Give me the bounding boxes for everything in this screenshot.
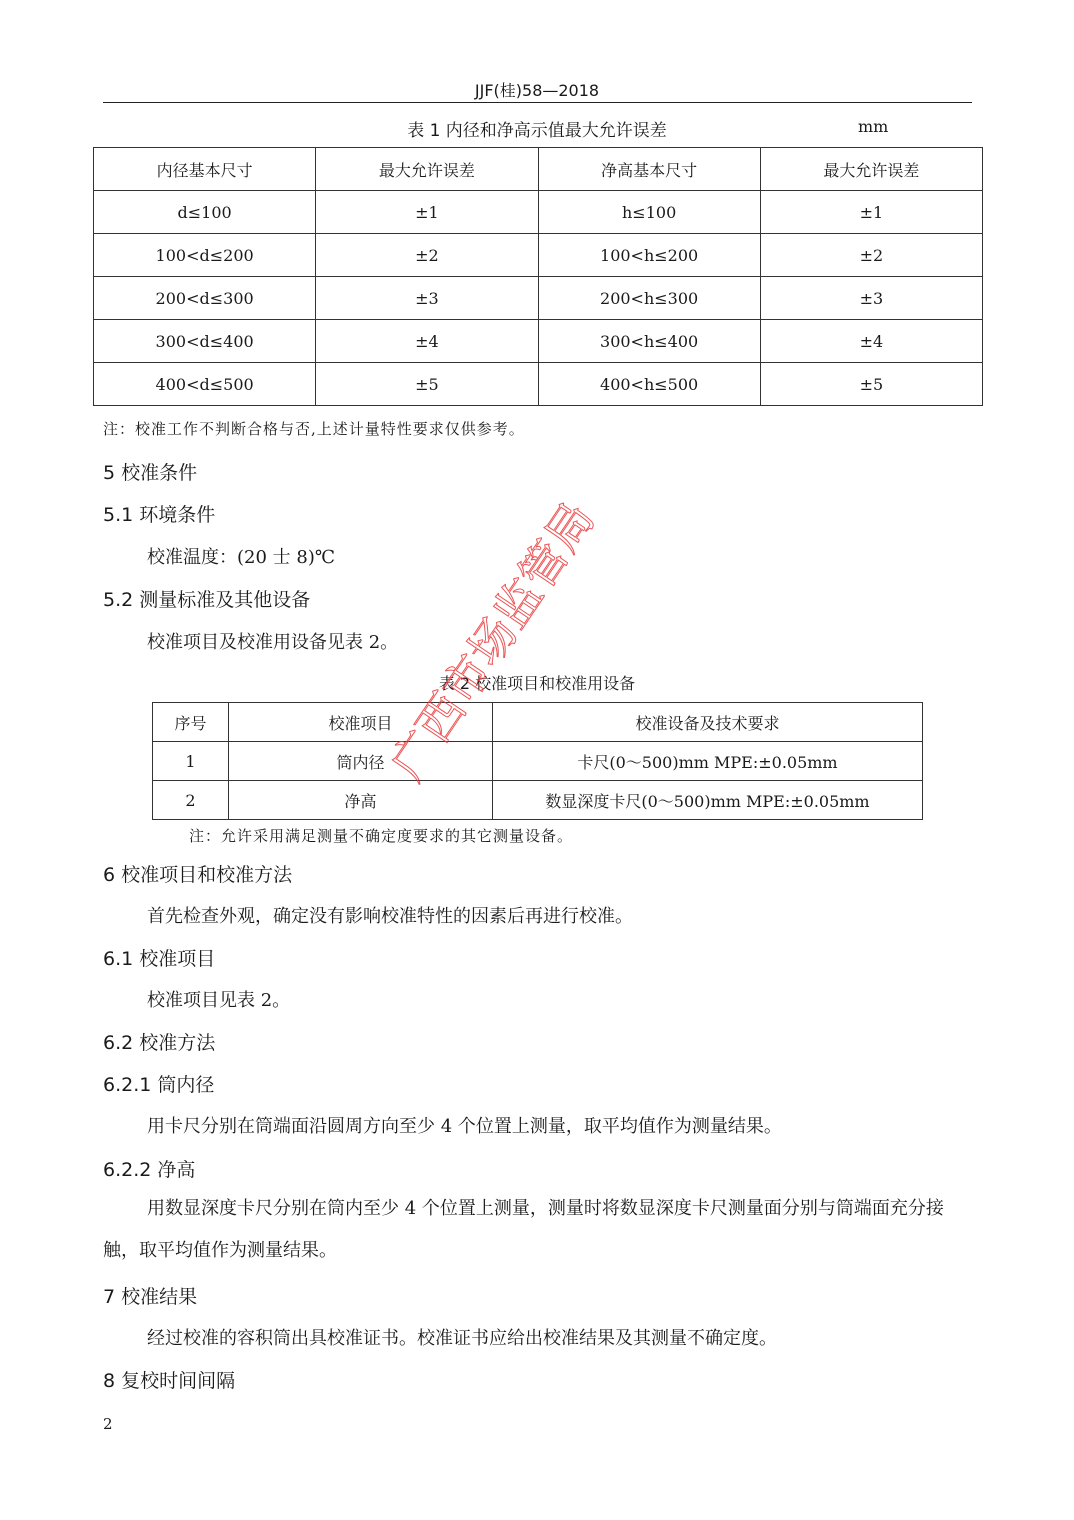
table-cell: ±2 [316, 234, 538, 277]
section-5-2-text: 校准项目及校准用设备见表 2。 [147, 628, 398, 654]
table1-caption: 表 1 内径和净高示值最大允许误差 [0, 116, 1074, 141]
table-cell: 数显深度卡尺(0～500)mm MPE:±0.05mm [493, 781, 923, 820]
table-cell: 100<h≤200 [538, 234, 760, 277]
table2-note: 注：允许采用满足测量不确定度要求的其它测量设备。 [189, 825, 573, 846]
section-6-2-2-heading: 6.2.2 净高 [103, 1155, 195, 1182]
table-row: 1 筒内径 卡尺(0～500)mm MPE:±0.05mm [153, 742, 923, 781]
section-6-2-1-text: 用卡尺分别在筒端面沿圆周方向至少 4 个位置上测量，取平均值作为测量结果。 [147, 1112, 782, 1138]
table-cell: 400<h≤500 [538, 363, 760, 406]
table-header-row: 内径基本尺寸 最大允许误差 净高基本尺寸 最大允许误差 [94, 148, 983, 191]
table-cell: ±4 [316, 320, 538, 363]
table1-unit: mm [858, 117, 888, 136]
table-cell: ±3 [316, 277, 538, 320]
table-cell: ±3 [760, 277, 982, 320]
table-row: 300<d≤400 ±4 300<h≤400 ±4 [94, 320, 983, 363]
table-cell: 300<d≤400 [94, 320, 316, 363]
section-6-1-text: 校准项目见表 2。 [147, 986, 290, 1012]
table-cell: 300<h≤400 [538, 320, 760, 363]
section-5-heading: 5 校准条件 [103, 458, 197, 485]
table-cell: 2 [153, 781, 229, 820]
table-header-cell: 净高基本尺寸 [538, 148, 760, 191]
table-cell: 200<d≤300 [94, 277, 316, 320]
table-cell: ±1 [760, 191, 982, 234]
table-cell: 筒内径 [229, 742, 493, 781]
table-row: 2 净高 数显深度卡尺(0～500)mm MPE:±0.05mm [153, 781, 923, 820]
table-header-cell: 内径基本尺寸 [94, 148, 316, 191]
table-cell: ±4 [760, 320, 982, 363]
section-6-2-2-text: 用数显深度卡尺分别在筒内至少 4 个位置上测量，测量时将数显深度卡尺测量面分别与… [103, 1188, 973, 1272]
section-6-heading: 6 校准项目和校准方法 [103, 860, 292, 887]
table-row: d≤100 ±1 h≤100 ±1 [94, 191, 983, 234]
table-header-cell: 校准项目 [229, 703, 493, 742]
table1-note: 注：校准工作不判断合格与否,上述计量特性要求仅供参考。 [103, 418, 525, 439]
section-6-2-heading: 6.2 校准方法 [103, 1028, 215, 1055]
table-cell: 卡尺(0～500)mm MPE:±0.05mm [493, 742, 923, 781]
section-7-heading: 7 校准结果 [103, 1282, 197, 1309]
table-cell: 净高 [229, 781, 493, 820]
table-cell: ±5 [760, 363, 982, 406]
table-cell: ±2 [760, 234, 982, 277]
section-5-2-heading: 5.2 测量标准及其他设备 [103, 585, 310, 612]
table2-calibration-items: 序号 校准项目 校准设备及技术要求 1 筒内径 卡尺(0～500)mm MPE:… [152, 702, 923, 820]
document-code-header: JJF(桂)58—2018 [0, 78, 1074, 101]
table-cell: 1 [153, 742, 229, 781]
table-header-cell: 校准设备及技术要求 [493, 703, 923, 742]
table-row: 400<d≤500 ±5 400<h≤500 ±5 [94, 363, 983, 406]
table-cell: ±5 [316, 363, 538, 406]
section-6-1-heading: 6.1 校准项目 [103, 944, 215, 971]
table-cell: h≤100 [538, 191, 760, 234]
section-8-heading: 8 复校时间间隔 [103, 1366, 235, 1393]
section-5-1-heading: 5.1 环境条件 [103, 500, 215, 527]
table-cell: 200<h≤300 [538, 277, 760, 320]
section-6-intro: 首先检查外观，确定没有影响校准特性的因素后再进行校准。 [147, 902, 633, 928]
table-header-cell: 最大允许误差 [760, 148, 982, 191]
section-6-2-1-heading: 6.2.1 筒内径 [103, 1070, 214, 1097]
table-header-row: 序号 校准项目 校准设备及技术要求 [153, 703, 923, 742]
calibration-temperature-text: 校准温度：(20 士 8)℃ [147, 543, 335, 569]
table-cell: d≤100 [94, 191, 316, 234]
table-row: 100<d≤200 ±2 100<h≤200 ±2 [94, 234, 983, 277]
table-row: 200<d≤300 ±3 200<h≤300 ±3 [94, 277, 983, 320]
header-divider [103, 102, 972, 103]
table-cell: 400<d≤500 [94, 363, 316, 406]
section-7-text: 经过校准的容积筒出具校准证书。校准证书应给出校准结果及其测量不确定度。 [147, 1324, 777, 1350]
table-header-cell: 序号 [153, 703, 229, 742]
table-cell: ±1 [316, 191, 538, 234]
table1-max-permissible-error: 内径基本尺寸 最大允许误差 净高基本尺寸 最大允许误差 d≤100 ±1 h≤1… [93, 147, 983, 406]
table-cell: 100<d≤200 [94, 234, 316, 277]
table-header-cell: 最大允许误差 [316, 148, 538, 191]
table2-caption: 表 2 校准项目和校准用设备 [0, 671, 1074, 694]
page-number: 2 [103, 1415, 113, 1433]
